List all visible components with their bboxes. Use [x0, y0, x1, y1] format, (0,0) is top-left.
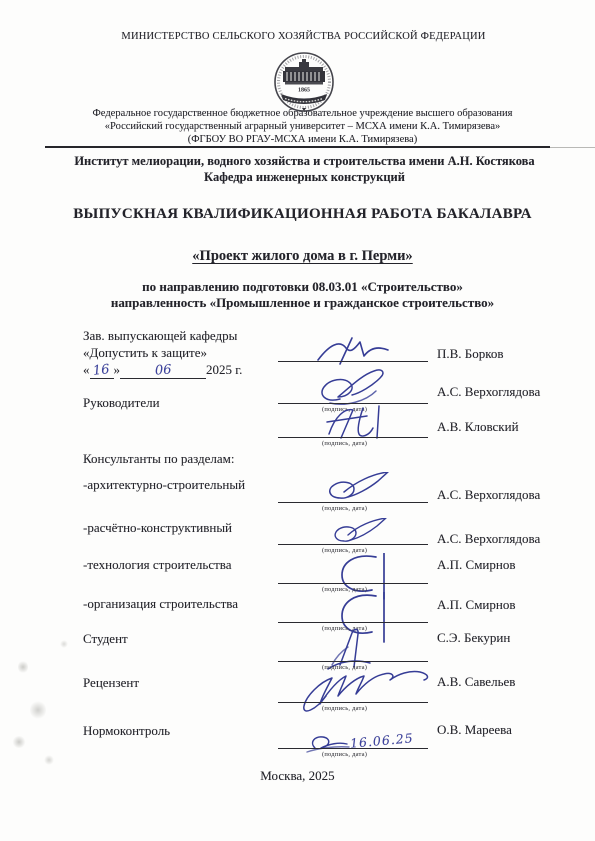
work-topic: «Проект жилого дома в г. Перми» — [0, 248, 595, 265]
work-type-title: ВЫПУСКНАЯ КВАЛИФИКАЦИОННАЯ РАБОТА БАКАЛА… — [0, 206, 595, 223]
signature-savelyev — [292, 668, 442, 723]
signature-line-consultant1 — [278, 502, 428, 503]
signature-line-consultant4 — [278, 622, 428, 623]
date-year: 2025 г. — [206, 362, 242, 377]
signature-line-consultant3 — [278, 583, 428, 584]
signature-caption: (подпись, дата) — [322, 705, 367, 712]
signature-line-consultant2 — [278, 544, 428, 545]
consultant3-label: -технология строительства — [83, 557, 232, 573]
institute-line: Институт мелиорации, водного хозяйства и… — [0, 154, 595, 169]
normcontrol-label: Нормоконтроль — [83, 723, 170, 739]
consultant3-name: А.П. Смирнов — [437, 557, 515, 573]
handwritten-month: 06 — [154, 362, 172, 378]
scan-speck — [30, 700, 46, 720]
emblem-year: 1865 — [298, 88, 310, 94]
consultant4-label: -организация строительства — [83, 596, 238, 612]
reviewer-label: Рецензент — [83, 675, 139, 691]
consultant1-name: А.С. Верхоглядова — [437, 487, 540, 503]
scan-speck — [44, 755, 54, 765]
signature-caption: (подпись, дата) — [322, 505, 367, 512]
signature-line-student — [278, 661, 428, 662]
consultants-heading: Консультанты по разделам: — [83, 451, 235, 467]
scan-speck — [18, 660, 28, 674]
consultant4-name: А.П. Смирнов — [437, 597, 515, 613]
chair-line: Кафедра инженерных конструкций — [0, 170, 595, 185]
date-month-field: 06 — [120, 362, 206, 379]
signature-line-normcontrol — [278, 748, 428, 749]
student-name: С.Э. Бекурин — [437, 630, 510, 646]
direction-line: по направлению подготовки 08.03.01 «Стро… — [0, 279, 595, 295]
signature-verkhoglyadova-2 — [322, 472, 402, 509]
ministry-header: МИНИСТЕРСТВО СЕЛЬСКОГО ХОЗЯЙСТВА РОССИЙС… — [0, 31, 595, 42]
signature-caption: (подпись, дата) — [322, 440, 367, 447]
supervisor2-name: А.В. Кловский — [437, 419, 519, 435]
approval-line-1: Зав. выпускающей кафедры — [83, 328, 237, 344]
founding-line-2: «Российский государственный аграрный уни… — [0, 120, 595, 133]
scan-speck — [12, 736, 26, 748]
reviewer-name: А.В. Савельев — [437, 674, 515, 690]
title-page: МИНИСТЕРСТВО СЕЛЬСКОГО ХОЗЯЙСТВА РОССИЙС… — [0, 0, 595, 841]
header-divider — [45, 146, 550, 148]
consultant1-label: -архитектурно-строительный — [83, 477, 245, 493]
supervisors-label: Руководители — [83, 395, 160, 411]
consultant2-name: А.С. Верхоглядова — [437, 531, 540, 547]
handwritten-day: 16 — [92, 362, 110, 379]
head-name: П.В. Борков — [437, 346, 504, 362]
consultant2-label: -расчётно-конструктивный — [83, 520, 232, 536]
student-label: Студент — [83, 631, 128, 647]
profile-line: направленность «Промышленное и гражданск… — [0, 295, 595, 311]
city-year-footer: Москва, 2025 — [0, 768, 595, 784]
signature-caption: (подпись, дата) — [322, 751, 367, 758]
normcontrol-name: О.В. Мареева — [437, 722, 512, 738]
signature-line-head — [278, 361, 428, 362]
approval-date-row: «16»062025 г. — [83, 362, 242, 379]
scan-speck — [60, 640, 68, 648]
supervisor1-name: А.С. Верхоглядова — [437, 384, 540, 400]
approval-line-2: «Допустить к защите» — [83, 345, 207, 361]
header-divider-faint — [550, 147, 595, 148]
signature-line-supervisor2 — [278, 437, 428, 438]
founding-line-3: (ФГБОУ ВО РГАУ-МСХА имени К.А. Тимирязев… — [0, 133, 595, 146]
founding-line-1: Федеральное государственное бюджетное об… — [0, 107, 595, 120]
signature-line-reviewer — [278, 702, 428, 703]
date-day-field: 16 — [90, 362, 114, 379]
